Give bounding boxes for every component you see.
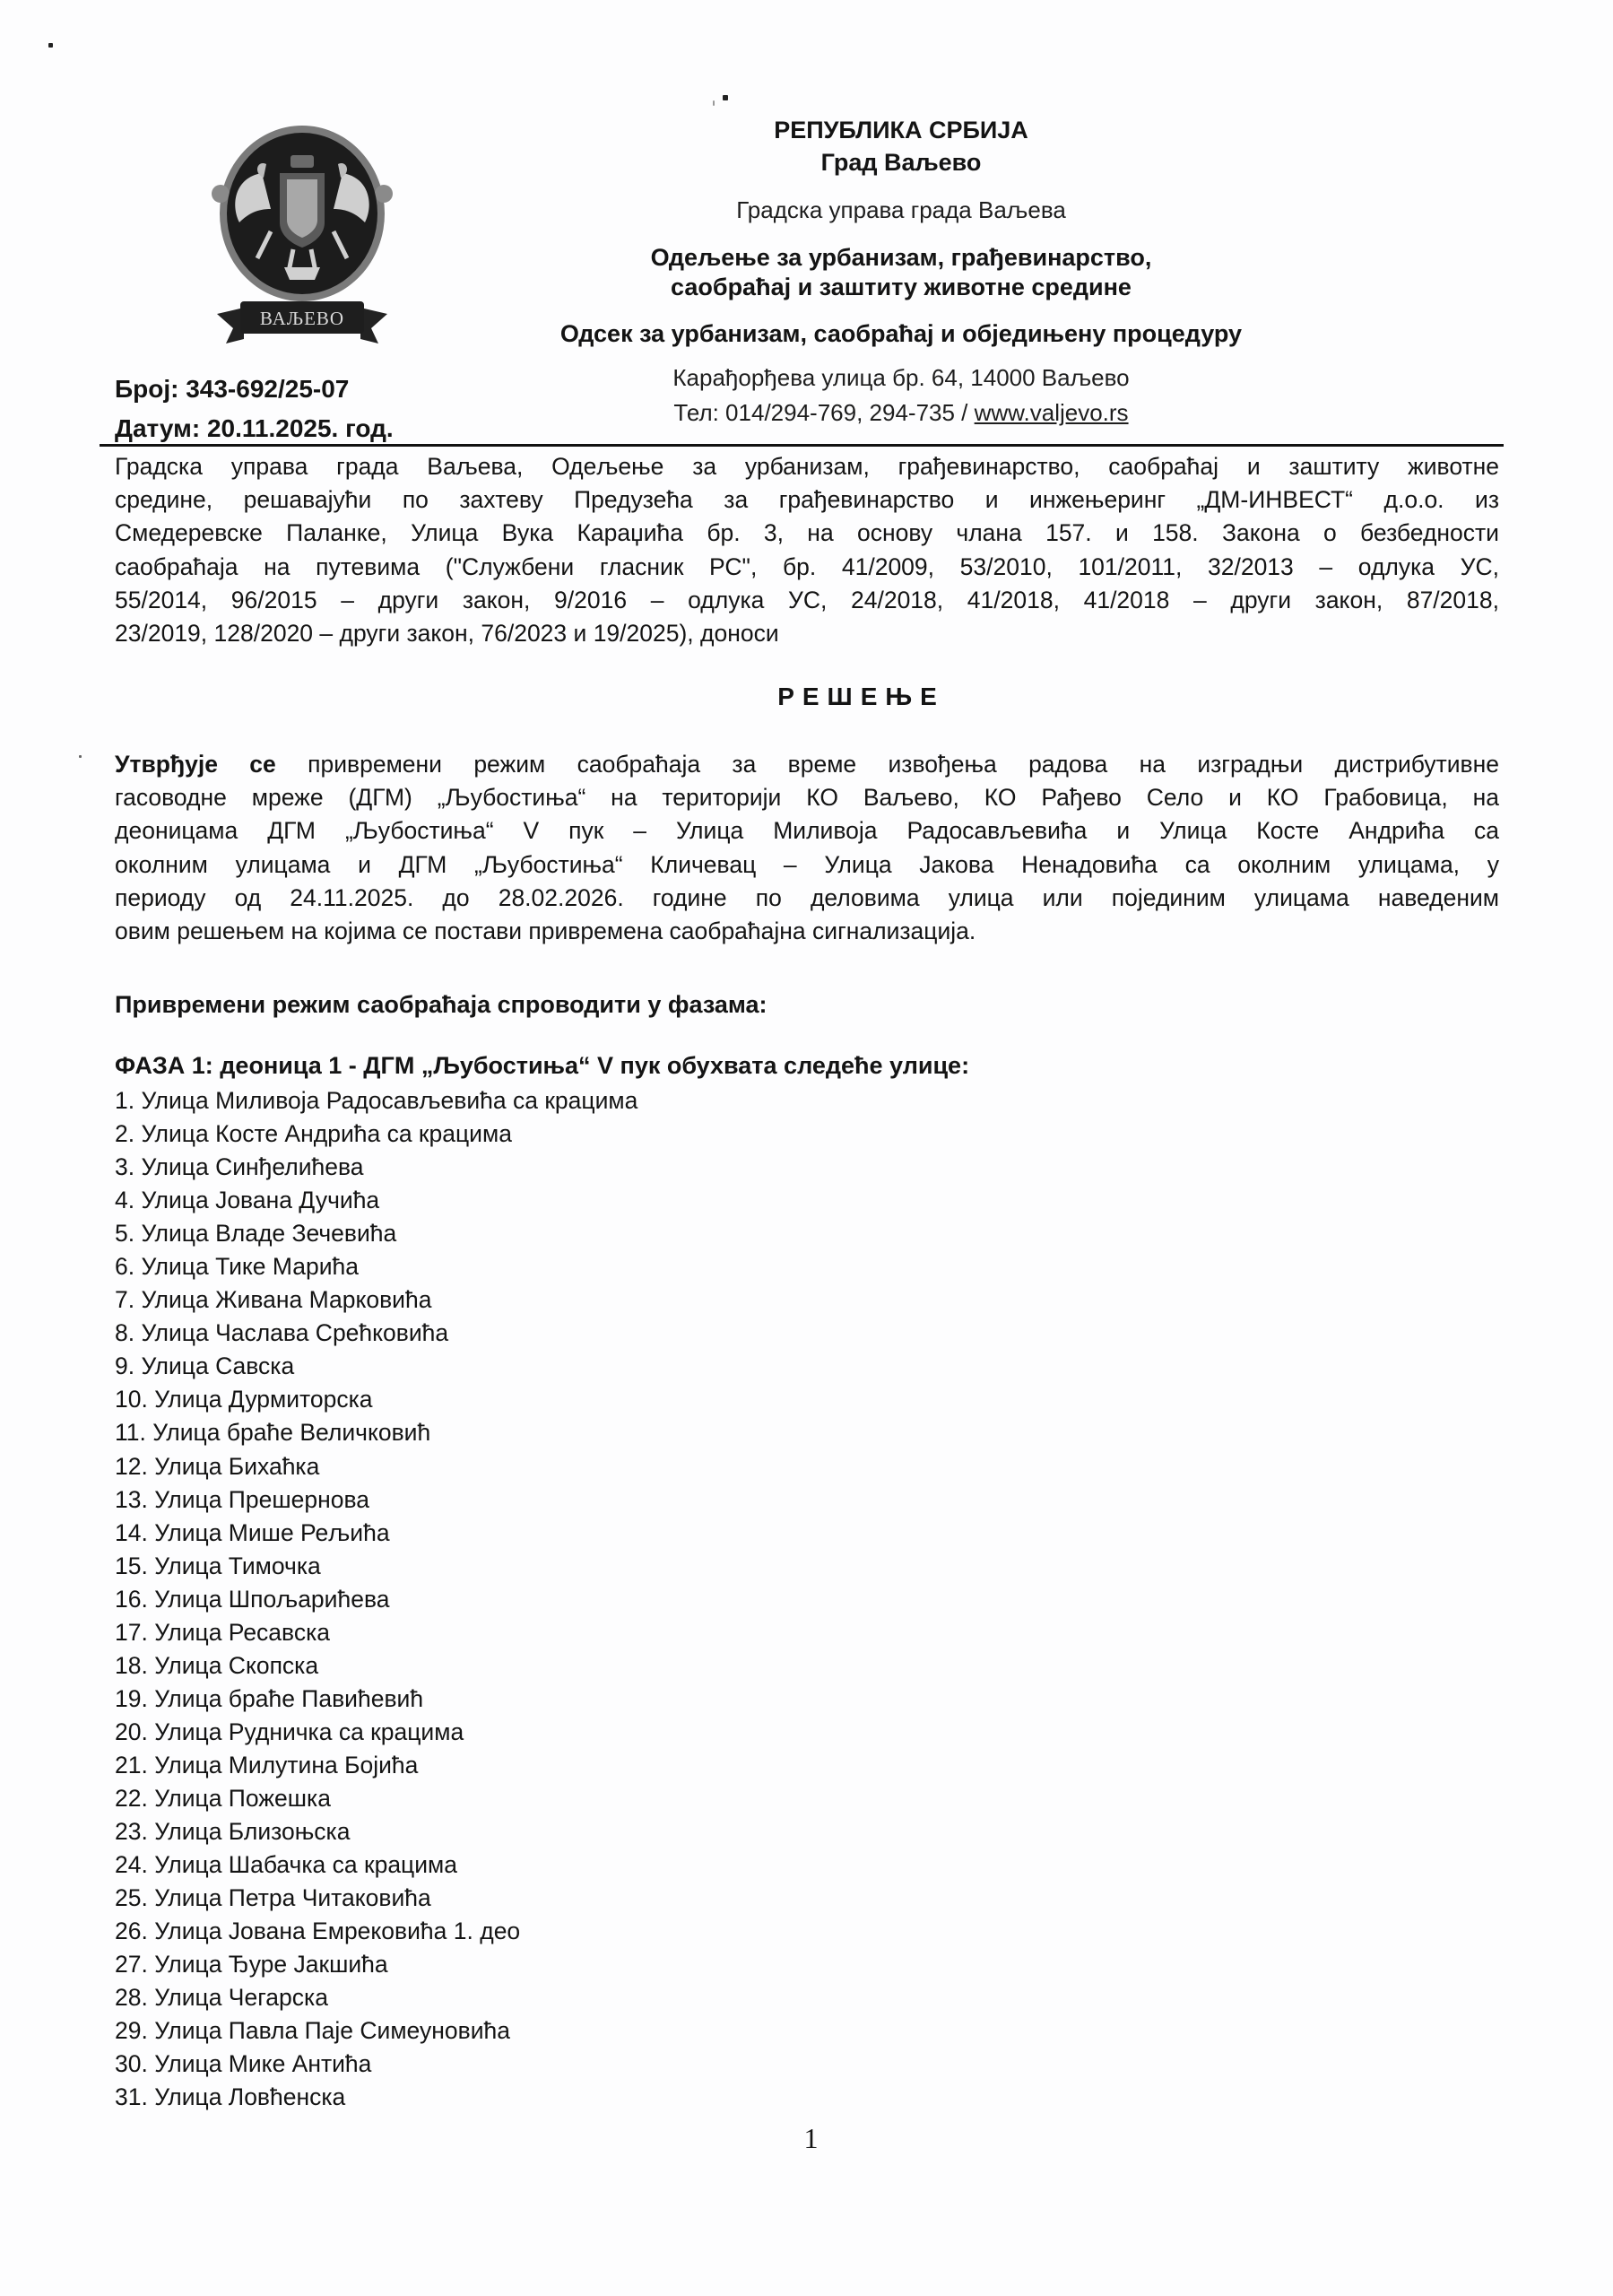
street-list-item: 22. Улица Пожешка <box>115 1782 637 1815</box>
street-list-item: 30. Улица Мике Антића <box>115 2048 637 2081</box>
street-list-item: 1. Улица Миливоја Радосављевића са краци… <box>115 1084 637 1118</box>
decision-line: Утврђује се привремени режим саобраћаја … <box>115 748 1499 781</box>
street-list-item: 26. Улица Јована Емрековића 1. део <box>115 1915 637 1948</box>
city-name: Град Ваљево <box>466 149 1336 177</box>
intro-line: Градска управа града Ваљева, Одељење за … <box>115 450 1499 483</box>
street-list-item: 11. Улица браће Величковић <box>115 1416 637 1449</box>
street-list-item: 3. Улица Синђелићева <box>115 1151 637 1184</box>
street-list-item: 23. Улица Близоњска <box>115 1815 637 1848</box>
decision-title: РЕШЕЊЕ <box>0 683 1613 711</box>
reference-date: Датум: 20.11.2025. год. <box>115 414 394 443</box>
street-list-item: 12. Улица Бихаћка <box>115 1450 637 1483</box>
street-list-item: 16. Улица Шпољарићева <box>115 1583 637 1616</box>
decision-line: периоду од 24.11.2025. до 28.02.2026. го… <box>115 882 1499 915</box>
street-list-item: 15. Улица Тимочка <box>115 1550 637 1583</box>
decision-first-line: привремени режим саобраћаја за време изв… <box>276 751 1499 778</box>
intro-line: 23/2019, 128/2020 – други закон, 76/2023… <box>115 617 1499 650</box>
contact-line: Тел: 014/294-769, 294-735 / www.valjevo.… <box>466 399 1336 427</box>
page-number: 1 <box>0 2122 1613 2155</box>
street-list-item: 9. Улица Савска <box>115 1350 637 1383</box>
street-list-item: 31. Улица Ловћенска <box>115 2081 637 2114</box>
street-list-item: 4. Улица Јована Дучића <box>115 1184 637 1217</box>
scan-speck <box>48 43 53 48</box>
scan-speck <box>713 100 715 106</box>
street-list-item: 14. Улица Мише Рељића <box>115 1517 637 1550</box>
department-line-1: Одељење за урбанизам, грађевинарство, <box>466 244 1336 272</box>
website-link[interactable]: www.valjevo.rs <box>975 399 1129 426</box>
street-list-item: 2. Улица Косте Андрића са крацима <box>115 1118 637 1151</box>
phase-1-heading: ФАЗА 1: деоница 1 - ДГМ „Љубостиња“ V пу… <box>115 1052 969 1080</box>
street-list-item: 17. Улица Ресавска <box>115 1616 637 1649</box>
reference-number: Број: 343-692/25-07 <box>115 375 349 404</box>
decision-paragraph: Утврђује се привремени режим саобраћаја … <box>115 748 1499 948</box>
header-divider <box>100 444 1504 447</box>
document-page: ВАЉЕВО РЕПУБЛИКА СРБИЈА Град Ваљево Град… <box>0 0 1613 2296</box>
country-name: РЕПУБЛИКА СРБИЈА <box>466 117 1336 144</box>
street-list-item: 29. Улица Павла Паје Симеуновића <box>115 2014 637 2048</box>
street-list-item: 28. Улица Чегарска <box>115 1981 637 2014</box>
decision-line: околним улицама и ДГМ „Љубостиња“ Кличев… <box>115 848 1499 882</box>
valjevo-coat-of-arms-icon: ВАЉЕВО <box>208 124 396 348</box>
decision-line: гасоводне мреже (ДГМ) „Љубостиња“ на тер… <box>115 781 1499 814</box>
street-list-item: 13. Улица Прешернова <box>115 1483 637 1517</box>
street-list-item: 8. Улица Часлава Срећковића <box>115 1317 637 1350</box>
intro-line: 55/2014, 96/2015 – други закон, 9/2016 –… <box>115 584 1499 617</box>
scan-speck <box>79 755 82 758</box>
street-list-item: 27. Улица Ђуре Јакшића <box>115 1948 637 1981</box>
intro-line: Смедеревске Паланке, Улица Вука Караџића… <box>115 517 1499 550</box>
department-line-2: саобраћај и заштиту животне средине <box>466 274 1336 301</box>
decision-line: деоницама ДГМ „Љубостиња“ V пук – Улица … <box>115 814 1499 848</box>
decision-line: овим решењем на којима се постави привре… <box>115 915 1499 948</box>
street-list-item: 25. Улица Петра Читаковића <box>115 1882 637 1915</box>
street-list-item: 7. Улица Живана Марковића <box>115 1283 637 1317</box>
street-list-item: 10. Улица Дурмиторска <box>115 1383 637 1416</box>
street-list-item: 21. Улица Милутина Бојића <box>115 1749 637 1782</box>
street-list-item: 19. Улица браће Павићевић <box>115 1683 637 1716</box>
street-list-item: 18. Улица Скопска <box>115 1649 637 1683</box>
address: Карађорђева улица бр. 64, 14000 Ваљево <box>466 364 1336 392</box>
street-list-item: 20. Улица Рудничка са крацима <box>115 1716 637 1749</box>
intro-line: средине, решавајући по захтеву Предузећа… <box>115 483 1499 517</box>
decision-lead: Утврђује се <box>115 751 276 778</box>
emblem-label: ВАЉЕВО <box>260 308 344 329</box>
street-list-item: 6. Улица Тике Марића <box>115 1250 637 1283</box>
phone-numbers: Тел: 014/294-769, 294-735 / <box>673 399 974 426</box>
intro-line: саобраћаја на путевима ("Службени гласни… <box>115 551 1499 584</box>
phase-1-street-list: 1. Улица Миливоја Радосављевића са краци… <box>115 1084 637 2114</box>
intro-paragraph: Градска управа града Ваљева, Одељење за … <box>115 450 1499 650</box>
street-list-item: 24. Улица Шабачка са крацима <box>115 1848 637 1882</box>
phases-heading: Привремени режим саобраћаја спроводити у… <box>115 991 767 1019</box>
scan-speck <box>723 95 728 100</box>
administration-name: Градска управа града Ваљева <box>466 196 1336 224</box>
section-name: Одсек за урбанизам, саобраћај и обједиње… <box>466 320 1336 348</box>
street-list-item: 5. Улица Владе Зечевића <box>115 1217 637 1250</box>
